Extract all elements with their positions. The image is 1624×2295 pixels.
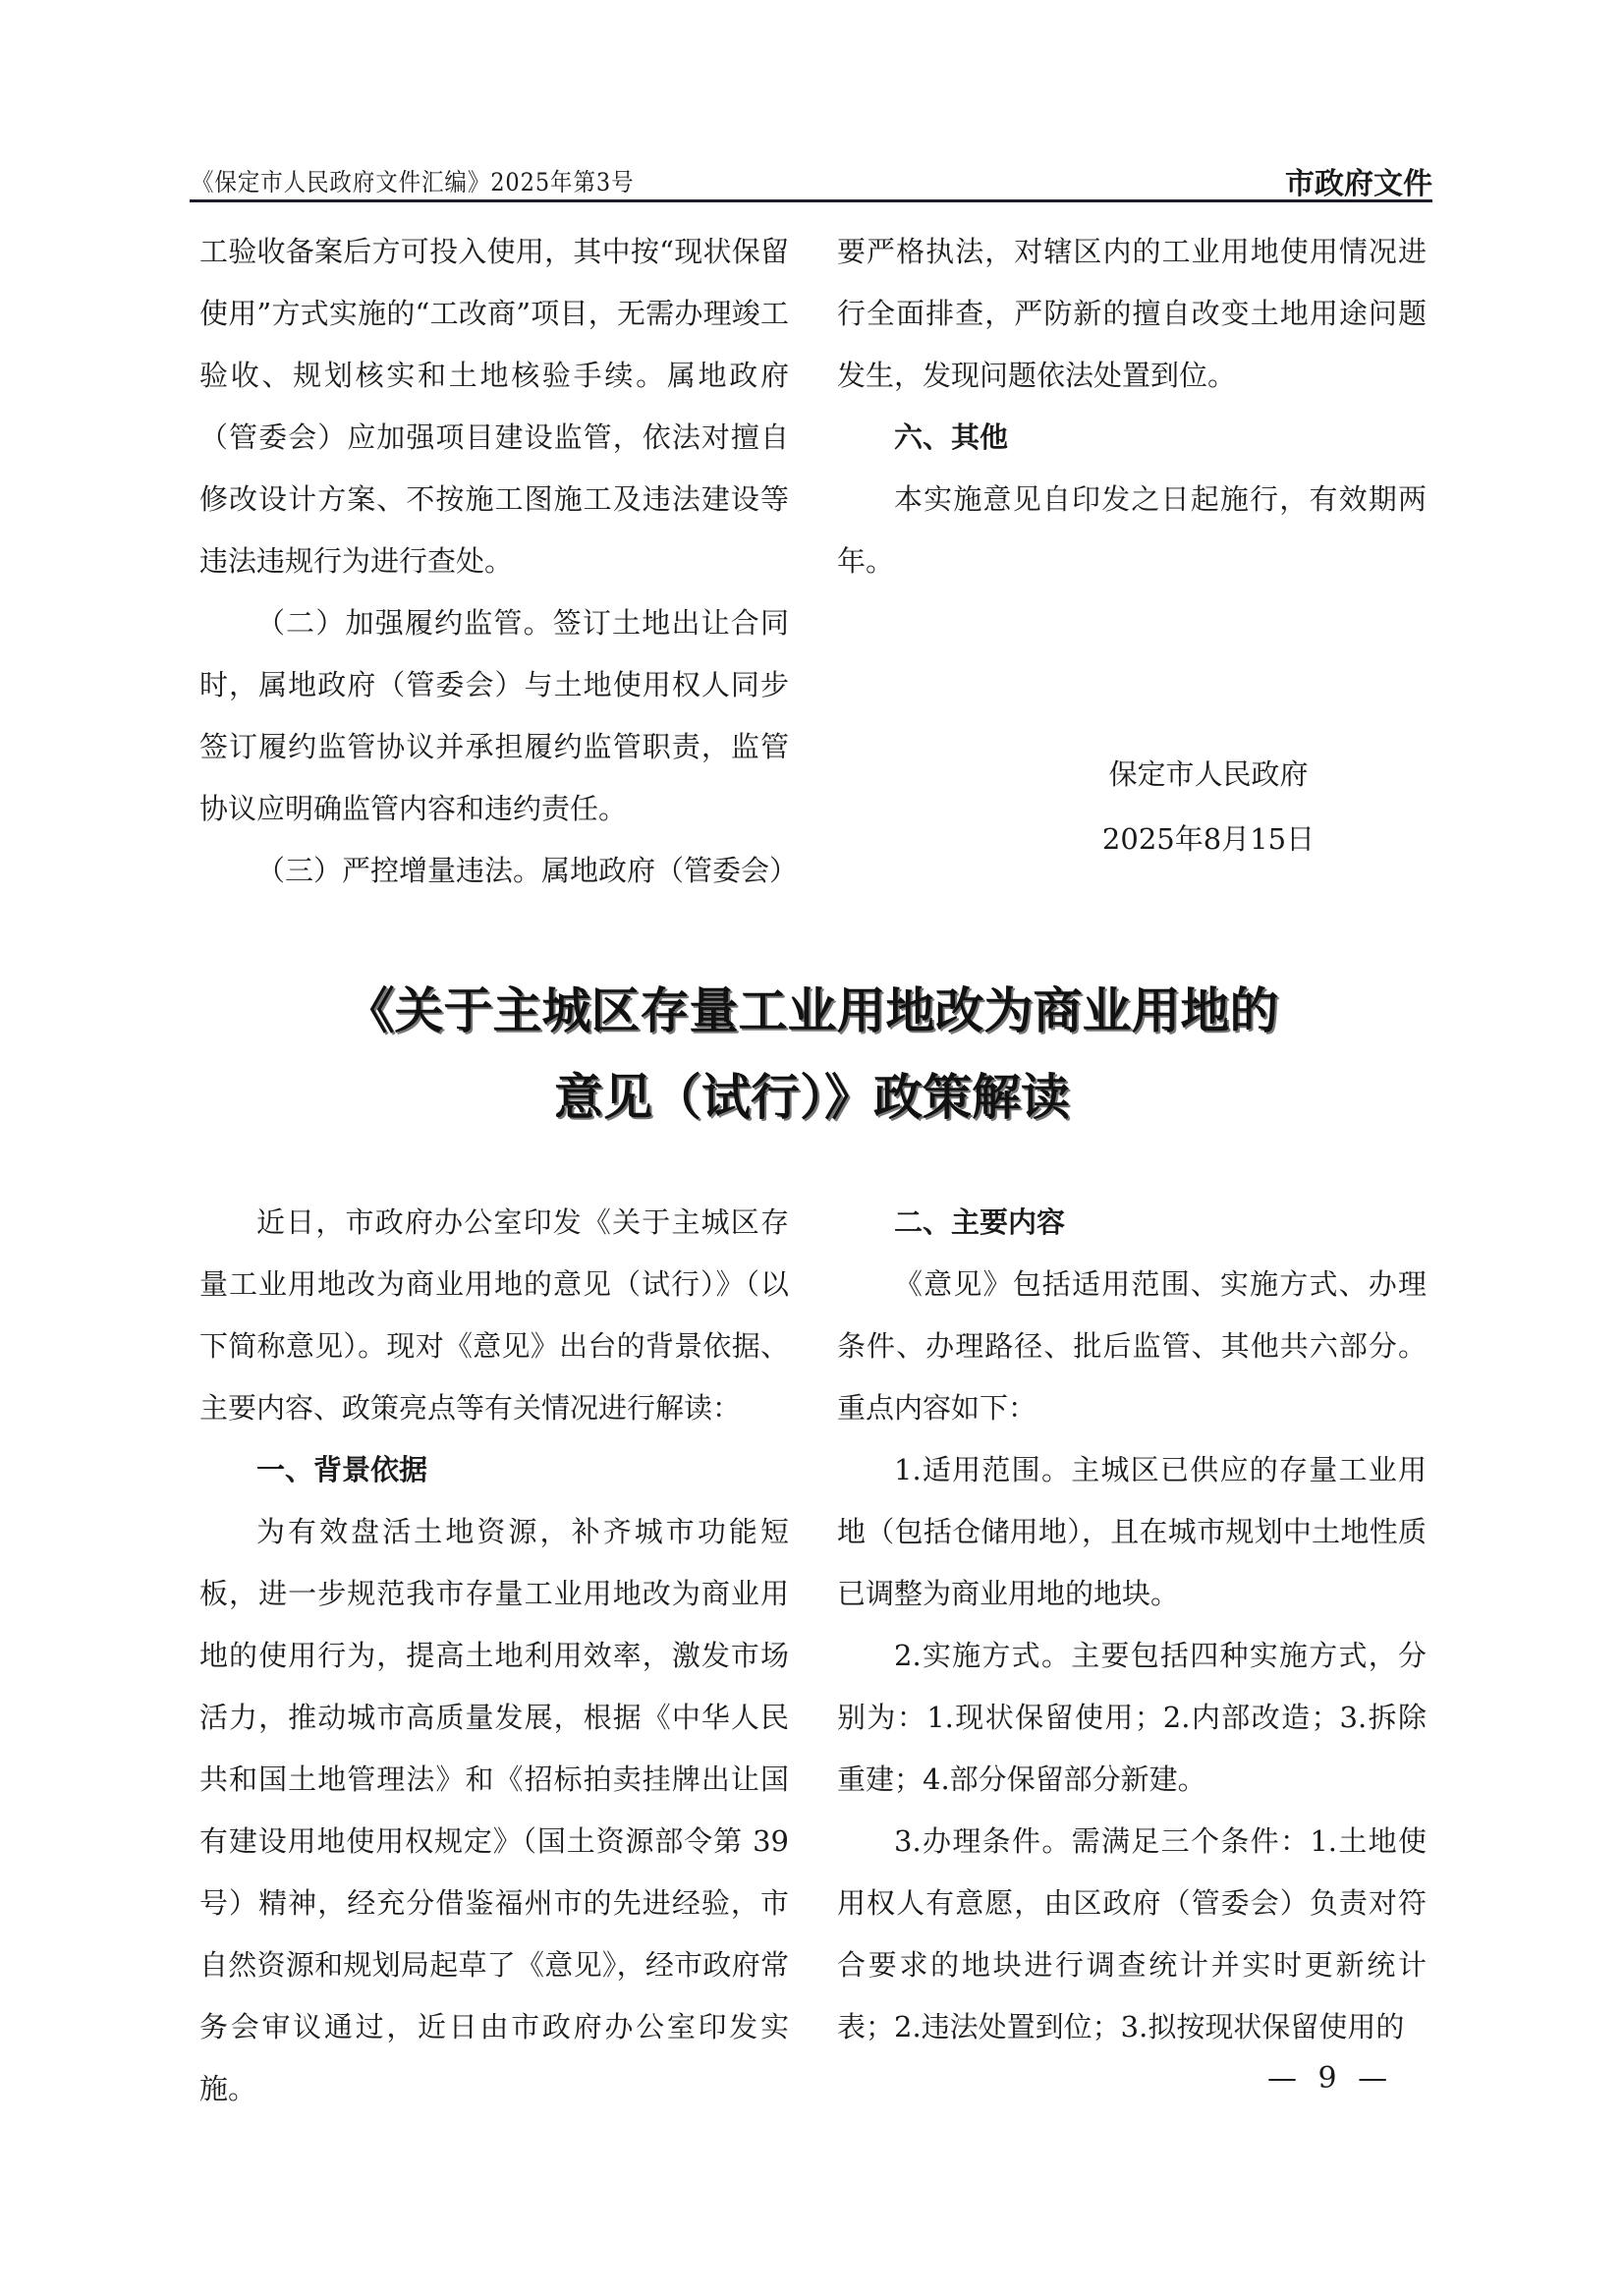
intro-paragraph: 近日，市政府办公室印发《关于主城区存量工业用地改为商业用地的意见（试行）》（以下… xyxy=(199,1192,789,1439)
running-header: 《保定市人民政府文件汇编》2025年第3号 市政府文件 xyxy=(192,159,1432,198)
item-conditions: 3.办理条件。需满足三个条件：1.土地使用权人有意愿，由区政府（管委会）负责对符… xyxy=(837,1811,1427,2058)
header-divider xyxy=(190,199,1432,202)
closing-paragraph: 本实施意见自印发之日起施行，有效期两年。 xyxy=(837,469,1427,592)
issuer: 保定市人民政府 xyxy=(1061,742,1356,807)
paragraph: 要严格执法，对辖区内的工业用地使用情况进行全面排查，严防新的擅自改变土地用途问题… xyxy=(837,221,1427,407)
paragraph-control-violations: （三）严控增量违法。属地政府（管委会） xyxy=(199,840,789,902)
paragraph: 工验收备案后方可投入使用，其中按“现状保留使用”方式实施的“工改商”项目，无需办… xyxy=(199,221,789,592)
section-heading-other: 六、其他 xyxy=(837,407,1427,469)
title-line-2: 意见（试行）》政策解读 xyxy=(196,1054,1428,1141)
article-left-column: 近日，市政府办公室印发《关于主城区存量工业用地改为商业用地的意见（试行）》（以下… xyxy=(199,1192,789,2120)
section-label: 市政府文件 xyxy=(1285,159,1432,202)
signature-block: 保定市人民政府 2025年8月15日 xyxy=(1061,742,1356,871)
article-right-column: 二、主要内容 《意见》包括适用范围、实施方式、办理条件、办理路径、批后监管、其他… xyxy=(837,1192,1427,2058)
section-heading-main-content: 二、主要内容 xyxy=(837,1192,1427,1254)
publication-title: 《保定市人民政府文件汇编》2025年第3号 xyxy=(192,163,634,198)
background-paragraph: 为有效盘活土地资源，补齐城市功能短板，进一步规范我市存量工业用地改为商业用地的使… xyxy=(199,1501,789,2120)
item-scope: 1.适用范围。主城区已供应的存量工业用地（包括仓储用地），且在城市规划中土地性质… xyxy=(837,1439,1427,1625)
title-line-1: 《关于主城区存量工业用地改为商业用地的 xyxy=(196,968,1428,1054)
item-implementation: 2.实施方式。主要包括四种实施方式，分别为：1.现状保留使用；2.内部改造；3.… xyxy=(837,1625,1427,1811)
page-number: — 9 — xyxy=(1267,2061,1393,2096)
top-right-column: 要严格执法，对辖区内的工业用地使用情况进行全面排查，严防新的擅自改变土地用途问题… xyxy=(837,221,1427,592)
main-content-intro: 《意见》包括适用范围、实施方式、办理条件、办理路径、批后监管、其他共六部分。重点… xyxy=(837,1254,1427,1439)
article-title: 《关于主城区存量工业用地改为商业用地的 意见（试行）》政策解读 xyxy=(196,968,1428,1141)
section-heading-background: 一、背景依据 xyxy=(199,1439,789,1501)
paragraph-performance-supervision: （二）加强履约监管。签订土地出让合同时，属地政府（管委会）与土地使用权人同步签订… xyxy=(199,592,789,840)
top-left-column: 工验收备案后方可投入使用，其中按“现状保留使用”方式实施的“工改商”项目，无需办… xyxy=(199,221,789,902)
issue-date: 2025年8月15日 xyxy=(1061,807,1356,871)
